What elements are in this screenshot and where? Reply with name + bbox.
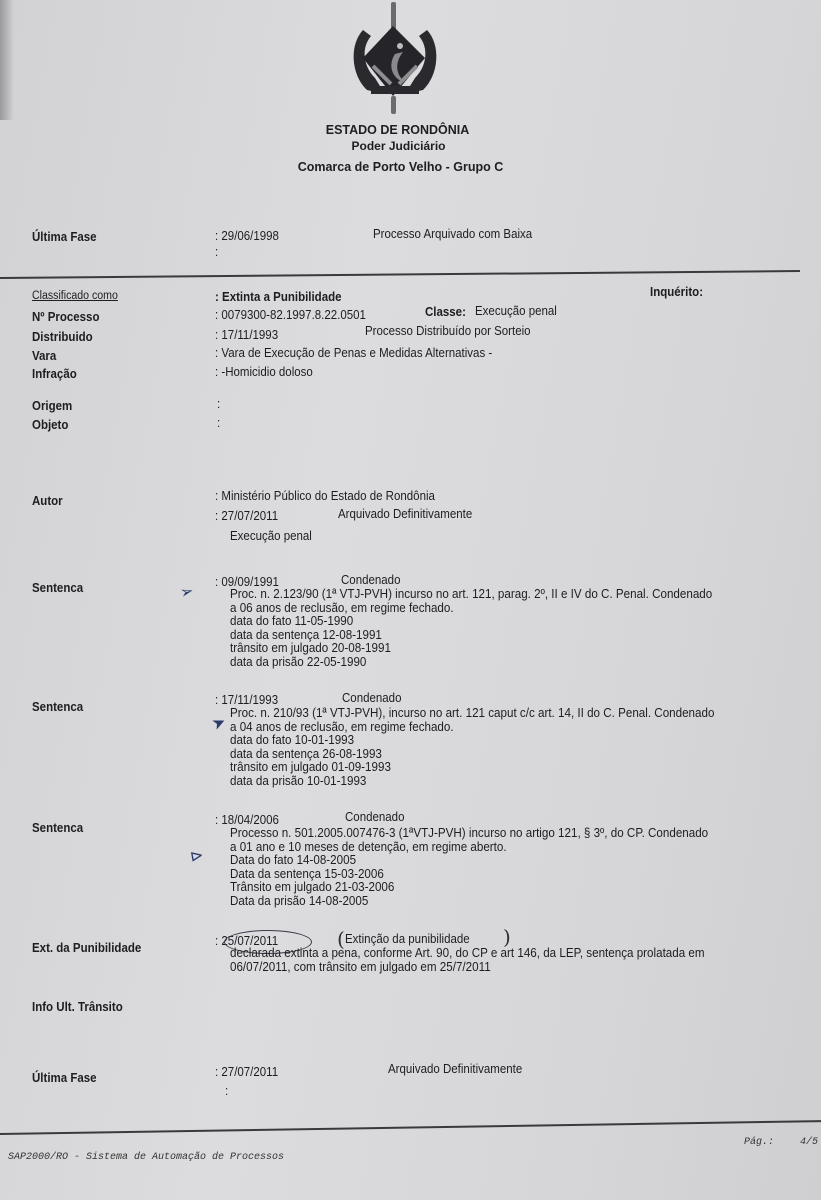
section-divider <box>0 270 800 278</box>
infracao-value: -Homicidio doloso <box>215 365 313 379</box>
info-ult-transito-label: Info Ult. Trânsito <box>32 1000 123 1014</box>
sentenca-line: a 04 anos de reclusão, em regime fechado… <box>230 721 714 735</box>
distribuido-text: Processo Distribuído por Sorteio <box>365 324 531 338</box>
sentenca-line: Proc. n. 210/93 (1ª VTJ-PVH), incurso no… <box>230 707 714 721</box>
sentenca-line: trânsito em julgado 01-09-1993 <box>230 761 714 775</box>
classe-value: Execução penal <box>475 304 557 318</box>
district-title: Comarca de Porto Velho - Grupo C <box>0 160 811 174</box>
colon-separator: : <box>225 1084 228 1098</box>
state-title: ESTADO DE RONDÔNIA <box>0 123 808 137</box>
ultima-fase-top-date: 29/06/1998 <box>215 229 279 243</box>
footer-page-number: 4/5 <box>800 1137 818 1148</box>
sentenca-1-label: Sentenca <box>32 581 83 595</box>
power-subtitle: Poder Judiciário <box>0 139 809 153</box>
distribuido-date: 17/11/1993 <box>215 328 278 342</box>
page-edge-shadow <box>0 0 14 120</box>
sentenca-2-details: Proc. n. 210/93 (1ª VTJ-PVH), incurso no… <box>230 707 714 789</box>
handwritten-arrow-icon: ⊳ <box>188 845 205 866</box>
sentenca-3-label: Sentenca <box>32 821 83 835</box>
vara-value: Vara de Execução de Penas e Medidas Alte… <box>215 346 492 360</box>
classe-label: Classe: <box>425 305 466 319</box>
sentenca-line: data do fato 10-01-1993 <box>230 734 714 748</box>
sentenca-line: a 01 ano e 10 meses de detenção, em regi… <box>230 841 708 855</box>
sentenca-3-status: Condenado <box>345 810 404 824</box>
autor-label: Autor <box>32 494 63 508</box>
extincao-line: declarada extinta a pena, conforme Art. … <box>230 947 705 961</box>
ultima-fase-bottom-status: Arquivado Definitivamente <box>388 1062 522 1076</box>
autor-date: 27/07/2011 <box>215 509 278 523</box>
autor-status: Arquivado Definitivamente <box>338 507 472 521</box>
origem-label: Origem <box>32 399 72 413</box>
footer-system-name: SAP2000/RO - Sistema de Automação de Pro… <box>8 1152 284 1163</box>
extincao-status: Extinção da punibilidade <box>345 932 470 946</box>
sentenca-line: data do fato 11-05-1990 <box>230 615 712 629</box>
sentenca-line: Data do fato 14-08-2005 <box>230 854 708 868</box>
footer-page-label: Pág.: <box>744 1137 774 1148</box>
classificado-value: Extinta a Punibilidade <box>215 290 342 304</box>
sentenca-line: Proc. n. 2.123/90 (1ª VTJ-PVH) incurso n… <box>230 588 712 602</box>
ultima-fase-top-status: Processo Arquivado com Baixa <box>373 227 532 241</box>
colon-separator: : <box>217 397 220 411</box>
colon-separator: : <box>217 416 220 430</box>
ultima-fase-bottom-date: 27/07/2011 <box>215 1065 278 1079</box>
sentenca-2-date: 17/11/1993 <box>215 693 278 707</box>
sentenca-line: data da sentença 26-08-1993 <box>230 748 714 762</box>
sentenca-2-label: Sentenca <box>32 700 83 714</box>
sentenca-1-status: Condenado <box>341 573 400 587</box>
sentenca-line: Processo n. 501.2005.007476-3 (1ªVTJ-PVH… <box>230 827 708 841</box>
sentenca-line: a 06 anos de reclusão, em regime fechado… <box>230 602 712 616</box>
autor-type: Execução penal <box>230 529 312 543</box>
sentenca-line: trânsito em julgado 20-08-1991 <box>230 642 712 656</box>
sentenca-line: data da prisão 10-01-1993 <box>230 775 714 789</box>
sentenca-line: data da sentença 12-08-1991 <box>230 629 712 643</box>
ultima-fase-top-label: Última Fase <box>32 230 97 244</box>
ultima-fase-bottom-label: Última Fase <box>32 1071 97 1085</box>
autor-value: Ministério Público do Estado de Rondônia <box>215 489 435 503</box>
inquerito-label: Inquérito: <box>650 285 703 299</box>
extincao-label: Ext. da Punibilidade <box>32 941 141 955</box>
handwritten-arrow-icon: ➤ <box>209 711 229 734</box>
processo-label: Nº Processo <box>32 310 99 324</box>
colon-separator: : <box>215 245 218 259</box>
handwritten-arrow-icon: ➢ <box>178 581 196 603</box>
sentenca-2-status: Condenado <box>342 691 401 705</box>
sentenca-line: Data da prisão 14-08-2005 <box>230 895 708 909</box>
sentenca-1-details: Proc. n. 2.123/90 (1ª VTJ-PVH) incurso n… <box>230 588 712 670</box>
footer-divider <box>0 1120 821 1135</box>
infracao-label: Infração <box>32 367 77 381</box>
processo-number: 0079300-82.1997.8.22.0501 <box>215 308 366 322</box>
sentenca-line: Data da sentença 15-03-2006 <box>230 868 708 882</box>
sentenca-line: Trânsito em julgado 21-03-2006 <box>230 881 708 895</box>
objeto-label: Objeto <box>32 418 68 432</box>
vara-label: Vara <box>32 349 56 363</box>
sentenca-3-date: 18/04/2006 <box>215 813 279 827</box>
extincao-details: declarada extinta a pena, conforme Art. … <box>230 947 705 974</box>
sentenca-line: data da prisão 22-05-1990 <box>230 656 712 670</box>
rondonia-coat-of-arms-icon <box>345 0 445 118</box>
extincao-line: 06/07/2011, com trânsito em julgado em 2… <box>230 961 705 975</box>
sentenca-3-details: Processo n. 501.2005.007476-3 (1ªVTJ-PVH… <box>230 827 708 909</box>
distribuido-label: Distribuido <box>32 330 93 344</box>
classificado-label: Classificado como <box>32 290 118 302</box>
